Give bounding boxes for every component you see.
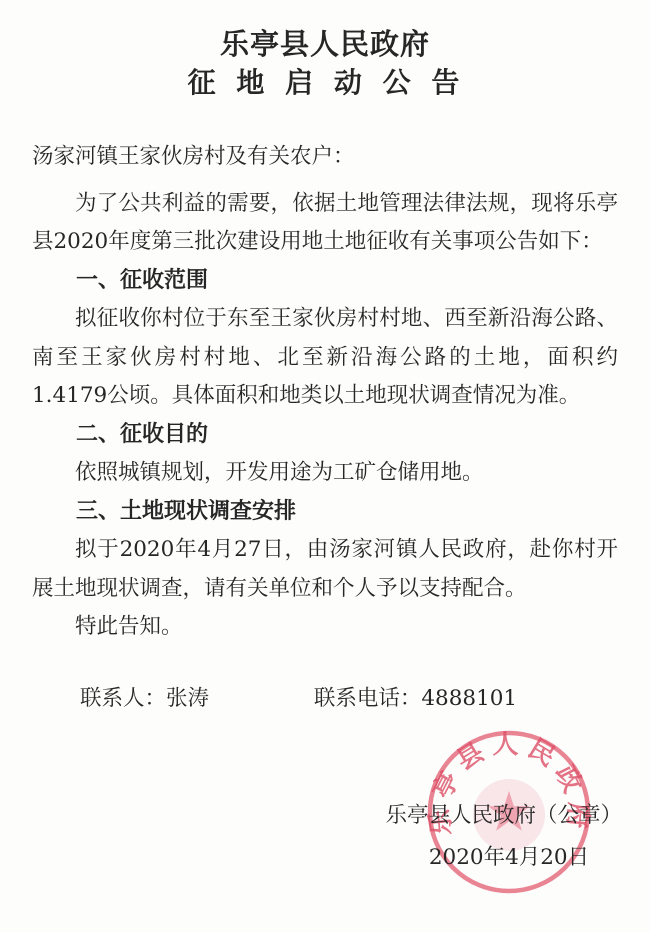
document-header: 乐亭县人民政府 征 地 启 动 公 告 [0,26,650,102]
intro-paragraph: 为了公共利益的需要，依据土地管理法律法规，现将乐亭县2020年度第三批次建设用地… [32,185,618,262]
announcement-document: 乐亭县人民政府 征 地 启 动 公 告 汤家河镇王家伙房村及有关农户： 为了公共… [0,0,650,932]
signature-line: 乐亭县人民政府（公章） [385,801,622,831]
contact-person: 联系人：张涛 [80,686,209,711]
issuing-authority-title: 乐亭县人民政府 [0,26,650,62]
section-1-paragraph: 拟征收你村位于东至王家伙房村村地、西至新沿海公路、南至王家伙房村村地、北至新沿海… [32,300,618,416]
section-3-paragraph: 拟于2020年4月27日，由汤家河镇人民政府，赴你村开展土地现状调查，请有关单位… [32,531,618,608]
section-2-heading: 二、征收目的 [32,416,618,455]
document-body: 汤家河镇王家伙房村及有关农户： 为了公共利益的需要，依据土地管理法律法规，现将乐… [32,138,618,718]
section-3-heading: 三、土地现状调查安排 [32,493,618,532]
section-2-paragraph: 依照城镇规划，开发用途为工矿仓储用地。 [32,454,618,493]
contact-row: 联系人：张涛 联系电话：4888101 [32,680,618,719]
document-title: 征 地 启 动 公 告 [0,64,650,102]
salutation: 汤家河镇王家伙房村及有关农户： [32,138,618,177]
section-1-heading: 一、征收范围 [32,262,618,301]
date-line: 2020年4月20日 [396,843,622,873]
contact-phone: 联系电话：4888101 [314,686,517,711]
closing-remark: 特此告知。 [32,608,618,647]
